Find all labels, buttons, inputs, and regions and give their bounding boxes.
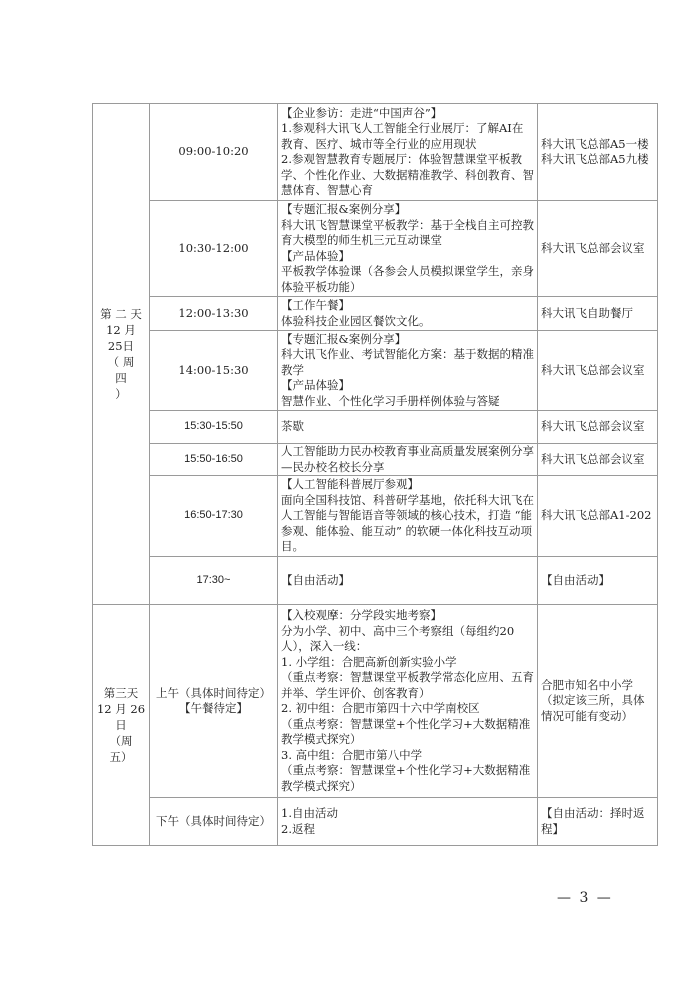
venue-text: 合肥市知名中小学（拟定该三所，具体情况可能有变动） [541, 678, 645, 723]
schedule-table: 第 二 天 12 月 25日 （ 周 四 ） 09:00-10:20 【企业参访… [92, 103, 658, 846]
venue-cell: 科大讯飞总部会议室 [538, 331, 658, 411]
content-cell: 【企业参访：走进“中国声谷”】 1.参观科大讯飞人工智能全行业展厅：了解AI在教… [278, 104, 538, 201]
time-cell: 上午（具体时间待定） 【午餐待定】 [150, 605, 278, 798]
session-time: 16:50-17:30 [184, 509, 243, 521]
page-number: — 3 — [557, 890, 613, 906]
session-text: 1.参观科大讯飞人工智能全行业展厅：了解AI在教育、医疗、城市等全行业的应用现状 [281, 121, 534, 152]
session-heading: 【专题汇报&案例分享】 [281, 202, 534, 218]
lunch-note: 【午餐待定】 [153, 701, 274, 717]
session-text: 2.返程 [281, 822, 534, 838]
venue-text: 科大讯飞自助餐厅 [541, 306, 633, 320]
session-time: 上午（具体时间待定） [153, 686, 274, 702]
time-cell: 10:30-12:00 [150, 201, 278, 297]
venue-cell: 科大讯飞总部A1-202 [538, 476, 658, 557]
session-text: 2.参观智慧教育专题展厅：体验智慧课堂平板教学、个性化作业、大数据精准教学、科创… [281, 152, 534, 199]
content-cell: 【专题汇报&案例分享】 科大讯飞作业、考试智能化方案：基于数据的精准教学 【产品… [278, 331, 538, 411]
content-cell: 【人工智能科普展厅参观】 面向全国科技馆、科普研学基地，依托科大讯飞在人工智能与… [278, 476, 538, 557]
session-time: 15:30-15:50 [184, 420, 243, 432]
day-label: 第三天 12 月 26 日 （周 五） [97, 686, 145, 764]
table-row: 第三天 12 月 26 日 （周 五） 上午（具体时间待定） 【午餐待定】 【入… [93, 605, 658, 798]
session-text: 1.自由活动 [281, 806, 534, 822]
session-heading: 【自由活动】 [281, 573, 534, 589]
session-heading: 【产品体验】 [281, 378, 534, 394]
table-row: 12:00-13:30 【工作午餐】 体验科技企业园区餐饮文化。 科大讯飞自助餐… [93, 297, 658, 331]
session-text: 智慧作业、个性化学习手册样例体验与答疑 [281, 394, 534, 410]
table-row: 17:30~ 【自由活动】 【自由活动】 [93, 557, 658, 605]
session-heading: 【产品体验】 [281, 249, 534, 265]
time-cell: 15:50-16:50 [150, 444, 278, 476]
content-cell: 【入校观摩：分学段实地考察】 分为小学、初中、高中三个考察组（每组约20 人），… [278, 605, 538, 798]
content-cell: 【工作午餐】 体验科技企业园区餐饮文化。 [278, 297, 538, 331]
table-row: 15:50-16:50 人工智能助力民办校教育事业高质量发展案例分享—民办校名校… [93, 444, 658, 476]
venue-text: 科大讯飞总部会议室 [541, 363, 645, 377]
venue-cell: 科大讯飞总部会议室 [538, 411, 658, 444]
venue-text: 科大讯飞总部A5一楼 [541, 137, 654, 153]
table-row: 下午（具体时间待定） 1.自由活动 2.返程 【自由活动：择时返程】 [93, 798, 658, 846]
time-cell: 16:50-17:30 [150, 476, 278, 557]
session-text: 分为小学、初中、高中三个考察组（每组约20 人），深入一线： [281, 624, 534, 655]
session-text: 人工智能助力民办校教育事业高质量发展案例分享—民办校名校长分享 [281, 444, 534, 475]
venue-cell: 科大讯飞总部A5一楼 科大讯飞总部A5九楼 [538, 104, 658, 201]
session-text: （重点考察：智慧课堂+个性化学习+大数据精准教学模式探究） [281, 717, 534, 748]
session-time: 下午（具体时间待定） [156, 814, 271, 828]
venue-text: 【自由活动：择时返程】 [541, 806, 645, 836]
session-time: 17:30~ [197, 574, 231, 586]
venue-text: 科大讯飞总部A1-202 [541, 508, 651, 522]
content-cell: 【自由活动】 [278, 557, 538, 605]
time-cell: 09:00-10:20 [150, 104, 278, 201]
session-heading: 【人工智能科普展厅参观】 [281, 477, 534, 493]
table-row: 第 二 天 12 月 25日 （ 周 四 ） 09:00-10:20 【企业参访… [93, 104, 658, 201]
session-text: 3. 高中组：合肥市第八中学 [281, 748, 534, 764]
time-cell: 17:30~ [150, 557, 278, 605]
day-cell: 第 二 天 12 月 25日 （ 周 四 ） [93, 104, 150, 605]
session-time: 09:00-10:20 [178, 144, 248, 158]
content-cell: 1.自由活动 2.返程 [278, 798, 538, 846]
session-text: 2. 初中组：合肥市第四十六中学南校区 [281, 701, 534, 717]
session-time: 15:50-16:50 [184, 453, 243, 465]
table-row: 14:00-15:30 【专题汇报&案例分享】 科大讯飞作业、考试智能化方案：基… [93, 331, 658, 411]
time-cell: 下午（具体时间待定） [150, 798, 278, 846]
session-heading: 【专题汇报&案例分享】 [281, 332, 534, 348]
session-time: 10:30-12:00 [178, 241, 248, 255]
session-text: 茶歇 [281, 419, 534, 435]
session-text: 面向全国科技馆、科普研学基地，依托科大讯飞在人工智能与智能语音等领域的核心技术，… [281, 493, 534, 555]
content-cell: 茶歇 [278, 411, 538, 444]
venue-text: 科大讯飞总部会议室 [541, 419, 645, 433]
venue-cell: 科大讯飞自助餐厅 [538, 297, 658, 331]
venue-cell: 【自由活动】 [538, 557, 658, 605]
day-cell: 第三天 12 月 26 日 （周 五） [93, 605, 150, 846]
time-cell: 14:00-15:30 [150, 331, 278, 411]
venue-cell: 科大讯飞总部会议室 [538, 201, 658, 297]
session-heading: 【工作午餐】 [281, 298, 534, 314]
venue-text: 科大讯飞总部会议室 [541, 241, 645, 255]
venue-cell: 【自由活动：择时返程】 [538, 798, 658, 846]
venue-cell: 合肥市知名中小学（拟定该三所，具体情况可能有变动） [538, 605, 658, 798]
session-text: 科大讯飞智慧课堂平板教学：基于全栈自主可控教育大模型的师生机三元互动课堂 [281, 218, 534, 249]
session-text: （重点考察：智慧课堂+个性化学习+大数据精准教学模式探究） [281, 763, 534, 794]
table-row: 16:50-17:30 【人工智能科普展厅参观】 面向全国科技馆、科普研学基地，… [93, 476, 658, 557]
table-row: 10:30-12:00 【专题汇报&案例分享】 科大讯飞智慧课堂平板教学：基于全… [93, 201, 658, 297]
day-label: 第 二 天 12 月 25日 （ 周 四 ） [100, 307, 142, 401]
session-time: 12:00-13:30 [178, 306, 248, 320]
time-cell: 12:00-13:30 [150, 297, 278, 331]
venue-text: 科大讯飞总部会议室 [541, 452, 645, 466]
session-text: 平板教学体验课（各参会人员模拟课堂学生，亲身体验平板功能） [281, 264, 534, 295]
session-time: 14:00-15:30 [178, 363, 248, 377]
session-text: 体验科技企业园区餐饮文化。 [281, 314, 534, 330]
venue-text: 【自由活动】 [541, 573, 610, 587]
session-heading: 【企业参访：走进“中国声谷”】 [281, 106, 534, 122]
table-row: 15:30-15:50 茶歇 科大讯飞总部会议室 [93, 411, 658, 444]
venue-cell: 科大讯飞总部会议室 [538, 444, 658, 476]
session-text: 1. 小学组：合肥高新创新实验小学 [281, 655, 534, 671]
session-text: 科大讯飞作业、考试智能化方案：基于数据的精准教学 [281, 347, 534, 378]
session-heading: 【入校观摩：分学段实地考察】 [281, 608, 534, 624]
time-cell: 15:30-15:50 [150, 411, 278, 444]
content-cell: 人工智能助力民办校教育事业高质量发展案例分享—民办校名校长分享 [278, 444, 538, 476]
venue-text: 科大讯飞总部A5九楼 [541, 152, 654, 168]
content-cell: 【专题汇报&案例分享】 科大讯飞智慧课堂平板教学：基于全栈自主可控教育大模型的师… [278, 201, 538, 297]
session-text: （重点考察：智慧课堂平板教学常态化应用、五育并举、学生评价、创客教育） [281, 670, 534, 701]
